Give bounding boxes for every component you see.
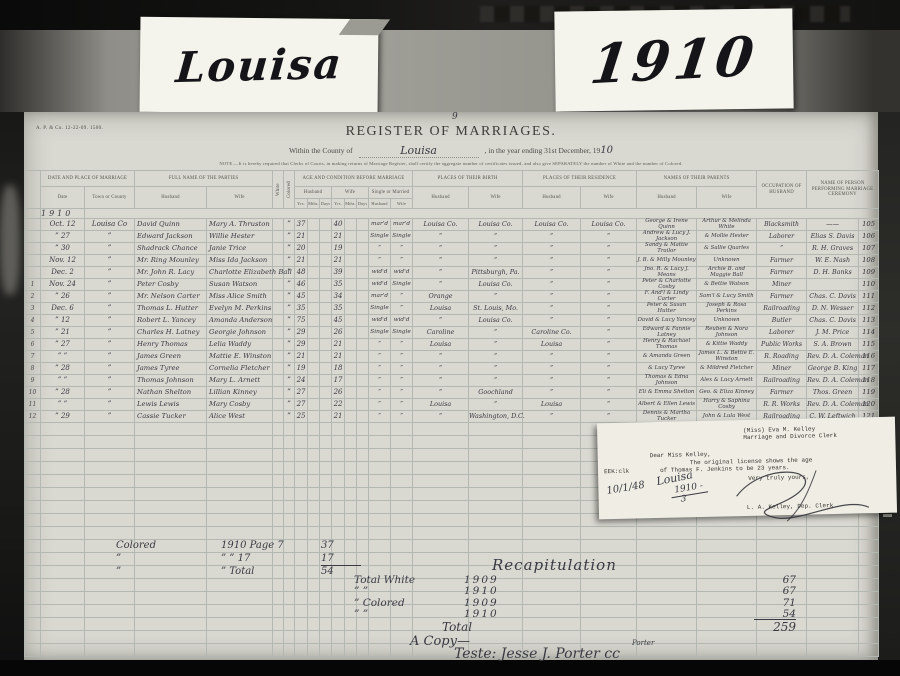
cell-town: ” [85,315,135,327]
cell-cond_husband: ” [369,399,391,411]
cell-colored: ” [284,375,295,387]
cell-h_mths [308,279,320,291]
col-res-husband: Husband [523,187,581,209]
cell-birth_husband: Louisa [413,399,469,411]
cell-cond_wife: ” [391,399,413,411]
cell-town: ” [85,327,135,339]
col-age-wife: Wife [332,187,369,199]
cell-parents_wife: & Bettie Watson [697,279,757,291]
cell-h_yrs: 35 [295,303,308,315]
register-row: ” 30”Shadrack ChanceJanie Trice”2019””””… [25,243,879,255]
cell-w_days [357,411,369,423]
cell-cond_wife: ” [391,375,413,387]
register-row: Nov. 12”Mr. Ring MounleyMiss Ida Jackson… [25,255,879,267]
cell-occupation: Blacksmith [757,219,807,231]
cell-cond_wife: ” [391,351,413,363]
cell-h_yrs: 24 [295,375,308,387]
cell-birth_husband: ” [413,231,469,243]
cell-town: ” [85,351,135,363]
recap-line: ” Colored190971 [354,597,796,608]
cell-cond_husband: mar'd [369,219,391,231]
cell-date: ” 28 [41,363,85,375]
cell-cond_wife: ” [391,339,413,351]
cell-parents_wife: Reuben & Nora Johnson [697,327,757,339]
cell-h_days [320,231,332,243]
year-value: 10 [600,145,613,156]
cell-w_yrs: 35 [332,303,345,315]
cell-w_yrs: 21 [332,411,345,423]
note-handwritten-date: 10/1/48 [606,480,646,497]
cell-h_yrs: 37 [295,219,308,231]
year-marker-text: 1910 [587,24,761,97]
cell-row_num: 5 [25,327,41,339]
cell-row_num: 11 [25,399,41,411]
col-wife-name: Wife [207,187,273,209]
cell-row_num [25,267,41,279]
cell-birth_husband: Louisa [413,303,469,315]
cell-h_days [320,363,332,375]
cell-occupation: Public Works [757,339,807,351]
col-parents-husband: Husband [637,187,697,209]
cell-w_yrs: 18 [332,363,345,375]
cell-h_days [320,303,332,315]
cell-cert_no: 118 [859,375,879,387]
cell-husband_name: Shadrack Chance [135,243,207,255]
attest-text: Teste: Jesse J. Porter cc [454,646,620,662]
summary-block: Colored1910 Page 737”” ” 1717”” Total54 [116,540,366,579]
cell-cond_husband: wid'd [369,279,391,291]
cell-wife_name: Miss Ida Jackson [207,255,273,267]
cell-minister [807,279,859,291]
cell-cond_wife: wid'd [391,267,413,279]
cell-occupation: Butler [757,315,807,327]
cell-res_wife: ” [581,411,637,423]
cell-birth_wife: Louisa Co. [469,279,523,291]
cell-h_mths [308,303,320,315]
cell-husband_name: Mr. Ring Mounley [135,255,207,267]
cell-h_mths [308,291,320,303]
cell-white [273,363,284,375]
cell-colored: ” [284,339,295,351]
cell-white [273,255,284,267]
register-row: 9” ””Thomas JohnsonMary L. Arnett”2417””… [25,375,879,387]
cell-date: ” 30 [41,243,85,255]
cell-res_husband: ” [523,375,581,387]
cell-minister: R. H. Graves [807,243,859,255]
cell-birth_wife: Louisa Co. [469,219,523,231]
cell-white [273,231,284,243]
cell-birth_husband: ” [413,255,469,267]
cell-cond_husband: ” [369,363,391,375]
cell-husband_name: James Tyree [135,363,207,375]
cell-occupation: R. Roading [757,351,807,363]
cell-h_yrs: 20 [295,243,308,255]
cell-town: ” [85,243,135,255]
cell-parents_husband: & Lucy Tyree [637,363,697,375]
cell-husband_name: Cassie Tucker [135,411,207,423]
cell-birth_wife: ” [469,375,523,387]
cell-w_days [357,303,369,315]
cell-h_days [320,411,332,423]
cell-w_mths [345,291,357,303]
cell-colored: ” [284,387,295,399]
cell-white [273,243,284,255]
cell-date: ” 26 [41,291,85,303]
col-group-full-name: FULL NAME OF THE PARTIES [135,171,273,187]
cell-h_mths [308,351,320,363]
cell-colored: ” [284,255,295,267]
cell-wife_name: Charlotte Elizabeth Ball [207,267,273,279]
cell-wife_name: Amanda Anderson [207,315,273,327]
cell-parents_wife: Alex & Lucy Arnett [697,375,757,387]
year-row: 1910 [25,209,879,219]
cell-h_days [320,243,332,255]
cell-date: Nov. 12 [41,255,85,267]
county-value: Louisa [359,144,479,158]
cell-minister: Rev. D. A. Coleman [807,399,859,411]
cell-cert_no: 115 [859,339,879,351]
summary-line: ”” ” 1717 [116,553,366,566]
cell-cert_no: 106 [859,231,879,243]
col-white: White [273,171,284,209]
cell-w_mths [345,375,357,387]
cell-birth_husband: ” [413,411,469,423]
register-row: Oct. 12Louisa CoDavid QuinnMary A. Thrus… [25,219,879,231]
recap-line: ” ”191067 [354,585,796,596]
cell-cond_husband: wid'd [369,315,391,327]
cell-minister: George B. King [807,363,859,375]
cell-h_mths [308,399,320,411]
cell-cond_wife: Single [391,279,413,291]
cell-birth_wife: Washington, D.C. [469,411,523,423]
recap-block: Total White190967” ”191067” Colored19097… [354,574,796,634]
cell-w_yrs: 22 [332,399,345,411]
register-row: 7” ””James GreenMattie E. Winston”2121””… [25,351,879,363]
register-body: Oct. 12Louisa CoDavid QuinnMary A. Thrus… [25,219,879,423]
cell-town: ” [85,231,135,243]
cell-date: ” 28 [41,387,85,399]
cell-cert_no: 119 [859,387,879,399]
cell-w_days [357,231,369,243]
cell-wife_name: Mary Cosby [207,399,273,411]
cell-minister: S. A. Brown [807,339,859,351]
cell-colored: ” [284,327,295,339]
cell-res_wife: ” [581,279,637,291]
cell-town: ” [85,375,135,387]
cell-white [273,351,284,363]
cell-birth_wife: Pittsburgh, Pa. [469,267,523,279]
cell-colored: ” [284,303,295,315]
cell-parents_wife: Sam'l & Lucy Smith [697,291,757,303]
cell-minister: Rev. D. A. Coleman [807,375,859,387]
cell-res_husband: Louisa [523,399,581,411]
cell-white [273,219,284,231]
cell-date: Dec. 2 [41,267,85,279]
cell-cond_husband: ” [369,243,391,255]
cell-white [273,303,284,315]
cell-occupation: ” [757,243,807,255]
copy-superscript: Porter [632,639,654,647]
cell-birth_wife: ” [469,231,523,243]
cell-cert_no: 116 [859,351,879,363]
cell-colored: ” [284,231,295,243]
cell-h_yrs: 25 [295,411,308,423]
cell-row_num [25,231,41,243]
cell-husband_name: Thomas Johnson [135,375,207,387]
cell-h_yrs: 21 [295,231,308,243]
cell-w_days [357,327,369,339]
folio-number: 9 [452,112,458,122]
cell-w_mths [345,363,357,375]
cell-w_days [357,339,369,351]
cell-row_num: 6 [25,339,41,351]
cell-w_yrs: 26 [332,387,345,399]
cell-h_yrs: 46 [295,279,308,291]
cell-birth_husband: ” [413,267,469,279]
cell-h_days [320,255,332,267]
cell-w_mths [345,315,357,327]
cell-date: Oct. 12 [41,219,85,231]
cell-minister: —— [807,219,859,231]
year-marker-slip: 1910 [554,8,793,111]
cell-husband_name: Thomas L. Hutter [135,303,207,315]
cell-h_days [320,315,332,327]
cell-w_mths [345,303,357,315]
cell-h_mths [308,255,320,267]
col-row-num [25,171,41,209]
cell-occupation: Miner [757,363,807,375]
col-w-mths: Mths. [345,199,357,209]
photo-right-edge [878,112,900,660]
cell-cert_no: 114 [859,327,879,339]
cell-res_wife: ” [581,255,637,267]
cell-birth_husband: ” [413,279,469,291]
county-marker-text: Louisa [174,39,345,92]
cell-w_days [357,363,369,375]
cell-parents_husband: & Amanda Green [637,351,697,363]
cell-res_husband: Caroline Co. [523,327,581,339]
cell-date: ” 27 [41,231,85,243]
cell-res_wife: ” [581,399,637,411]
cell-parents_husband: Peter & Charlotte Cosby [637,279,697,291]
cell-res_wife: ” [581,375,637,387]
cell-h_days [320,267,332,279]
cell-parents_husband: Jno. R. & Lucy J. Means [637,267,697,279]
cell-res_husband: ” [523,255,581,267]
cell-res_wife: ” [581,243,637,255]
cell-w_days [357,255,369,267]
cell-parents_husband: George & Irene Quinn [637,219,697,231]
cell-parents_husband: Albert & Ellen Lewis [637,399,697,411]
cell-cond_wife: ” [391,303,413,315]
cell-cond_wife: mar'd [391,219,413,231]
col-group-birth: PLACES OF THEIR BIRTH [413,171,523,187]
cell-res_husband: ” [523,387,581,399]
register-row: 1Nov. 24”Peter CosbySusan Watson”4635wid… [25,279,879,291]
col-h-mths: Mths. [308,199,320,209]
cell-occupation: Farmer [757,387,807,399]
cell-occupation: Laborer [757,327,807,339]
cell-w_days [357,399,369,411]
cell-row_num: 2 [25,291,41,303]
cell-birth_wife: St. Louis, Mo. [469,303,523,315]
cell-h_days [320,291,332,303]
cell-birth_husband: ” [413,351,469,363]
cell-minister: Chas. C. Davis [807,291,859,303]
county-marker-slip: Louisa [140,17,379,114]
cell-w_days [357,243,369,255]
cell-res_wife: ” [581,291,637,303]
cell-minister: Thos. Green [807,387,859,399]
cell-birth_husband: Caroline [413,327,469,339]
recap-title: Recapitulation [492,556,617,574]
cell-w_yrs: 35 [332,279,345,291]
cell-cond_wife: Single [391,231,413,243]
cell-h_days [320,399,332,411]
cell-town: ” [85,363,135,375]
cell-wife_name: Mary A. Thruston [207,219,273,231]
cell-w_yrs: 21 [332,351,345,363]
cell-h_yrs: 75 [295,315,308,327]
note-to-title: Marriage and Divorce Clerk [743,432,837,441]
cell-colored: ” [284,363,295,375]
cell-row_num [25,219,41,231]
cell-husband_name: Lewis Lewis [135,399,207,411]
col-group-age-condition: AGE AND CONDITION BEFORE MARRIAGE [295,171,413,187]
cell-minister: D. N. Wesser [807,303,859,315]
cell-date: Nov. 24 [41,279,85,291]
cell-occupation: Farmer [757,267,807,279]
cell-cond_husband: ” [369,339,391,351]
cell-h_mths [308,363,320,375]
cell-cond_wife: ” [391,243,413,255]
cell-res_husband: ” [523,291,581,303]
cell-wife_name: Miss Alice Smith [207,291,273,303]
cell-w_mths [345,231,357,243]
cell-h_yrs: 29 [295,339,308,351]
cell-w_yrs: 21 [332,231,345,243]
cell-h_yrs: 21 [295,351,308,363]
col-group-parents: NAMES OF THEIR PARENTS [637,171,757,187]
cell-row_num: 7 [25,351,41,363]
cell-town: ” [85,291,135,303]
cell-occupation: Laborer [757,231,807,243]
cell-parents_husband: Andrew & Lucy J. Jackson [637,231,697,243]
cell-town: ” [85,399,135,411]
cell-w_mths [345,411,357,423]
cell-res_wife: ” [581,267,637,279]
cell-h_mths [308,231,320,243]
cell-birth_wife: Goochland [469,387,523,399]
cell-res_husband: ” [523,243,581,255]
col-date: Date [41,187,85,209]
col-group-residence: PLACES OF THEIR RESIDENCE [523,171,637,187]
cell-parents_wife: Geo. & Eliza Kinney [697,387,757,399]
cell-colored: ” [284,351,295,363]
cell-town: Louisa Co [85,219,135,231]
cell-birth_wife: ” [469,351,523,363]
cell-cond_wife: ” [391,411,413,423]
cell-w_mths [345,327,357,339]
col-occupation: OCCUPATION OF HUSBAND [757,171,807,209]
cell-cert_no: 112 [859,303,879,315]
summary-line: ”” Total54 [116,566,366,579]
clerk-note-card: (Miss) Eva M. Kelley Marriage and Divorc… [597,417,897,520]
cell-wife_name: Lillian Kinney [207,387,273,399]
cell-w_yrs: 40 [332,219,345,231]
note-handwritten-number: 3 [681,494,687,504]
cell-husband_name: Charles H. Latney [135,327,207,339]
cell-wife_name: Susan Watson [207,279,273,291]
col-colored: Colored [284,171,295,209]
cell-birth_wife: ” [469,255,523,267]
cell-w_days [357,219,369,231]
cell-minister: J. M. Price [807,327,859,339]
cell-w_mths [345,351,357,363]
cell-occupation: Railroading [757,375,807,387]
cell-row_num: 1 [25,279,41,291]
cell-birth_wife: ” [469,399,523,411]
col-w-yrs: Yrs. [332,199,345,209]
cell-colored: ” [284,279,295,291]
cell-birth_husband: Louisa Co. [413,219,469,231]
cell-cond_husband: Single [369,303,391,315]
cell-parents_wife: Harry & Saphina Cosby [697,399,757,411]
cell-res_wife: ” [581,303,637,315]
cell-w_days [357,351,369,363]
recap-line: ” ”191054 [354,608,796,619]
cell-w_days [357,387,369,399]
cell-minister: D. H. Banks [807,267,859,279]
cell-date: Dec. 6 [41,303,85,315]
cell-date: ” ” [41,351,85,363]
cell-h_days [320,351,332,363]
cell-minister: W. E. Nash [807,255,859,267]
cell-cond_husband: mar'd [369,291,391,303]
photo-left-blotch [0,185,20,295]
cell-parents_husband: Henry & Rachael Thomas [637,339,697,351]
cell-h_mths [308,339,320,351]
cell-colored: ” [284,219,295,231]
cell-cond_wife: ” [391,291,413,303]
cell-husband_name: Nathan Shelton [135,387,207,399]
cell-h_yrs: 29 [295,327,308,339]
cell-h_mths [308,243,320,255]
cell-husband_name: Peter Cosby [135,279,207,291]
clerk-signature-scribble [728,465,879,523]
cell-cond_husband: wid'd [369,267,391,279]
form-note: NOTE.—It is hereby required that Clerks … [24,161,878,166]
cell-husband_name: Mr. Nelson Carter [135,291,207,303]
cell-res_wife: Louisa Co. [581,219,637,231]
cell-parents_husband: F. And'l & Lindy Carter [637,291,697,303]
cell-parents_husband: Edward & Fannie Latney [637,327,697,339]
cell-date: ” 21 [41,327,85,339]
cell-h_days [320,375,332,387]
cell-w_yrs: 45 [332,315,345,327]
cell-cond_wife: ” [391,363,413,375]
cell-birth_wife: ” [469,327,523,339]
cell-husband_name: David Quinn [135,219,207,231]
cell-white [273,387,284,399]
cell-row_num: 3 [25,303,41,315]
cell-occupation: Miner [757,279,807,291]
year-suffix: , in the year ending 31st December, 19 [485,146,601,155]
cell-res_husband: ” [523,351,581,363]
cell-h_days [320,279,332,291]
form-title: REGISTER OF MARRIAGES. [24,124,878,140]
cell-birth_husband: Louisa [413,339,469,351]
